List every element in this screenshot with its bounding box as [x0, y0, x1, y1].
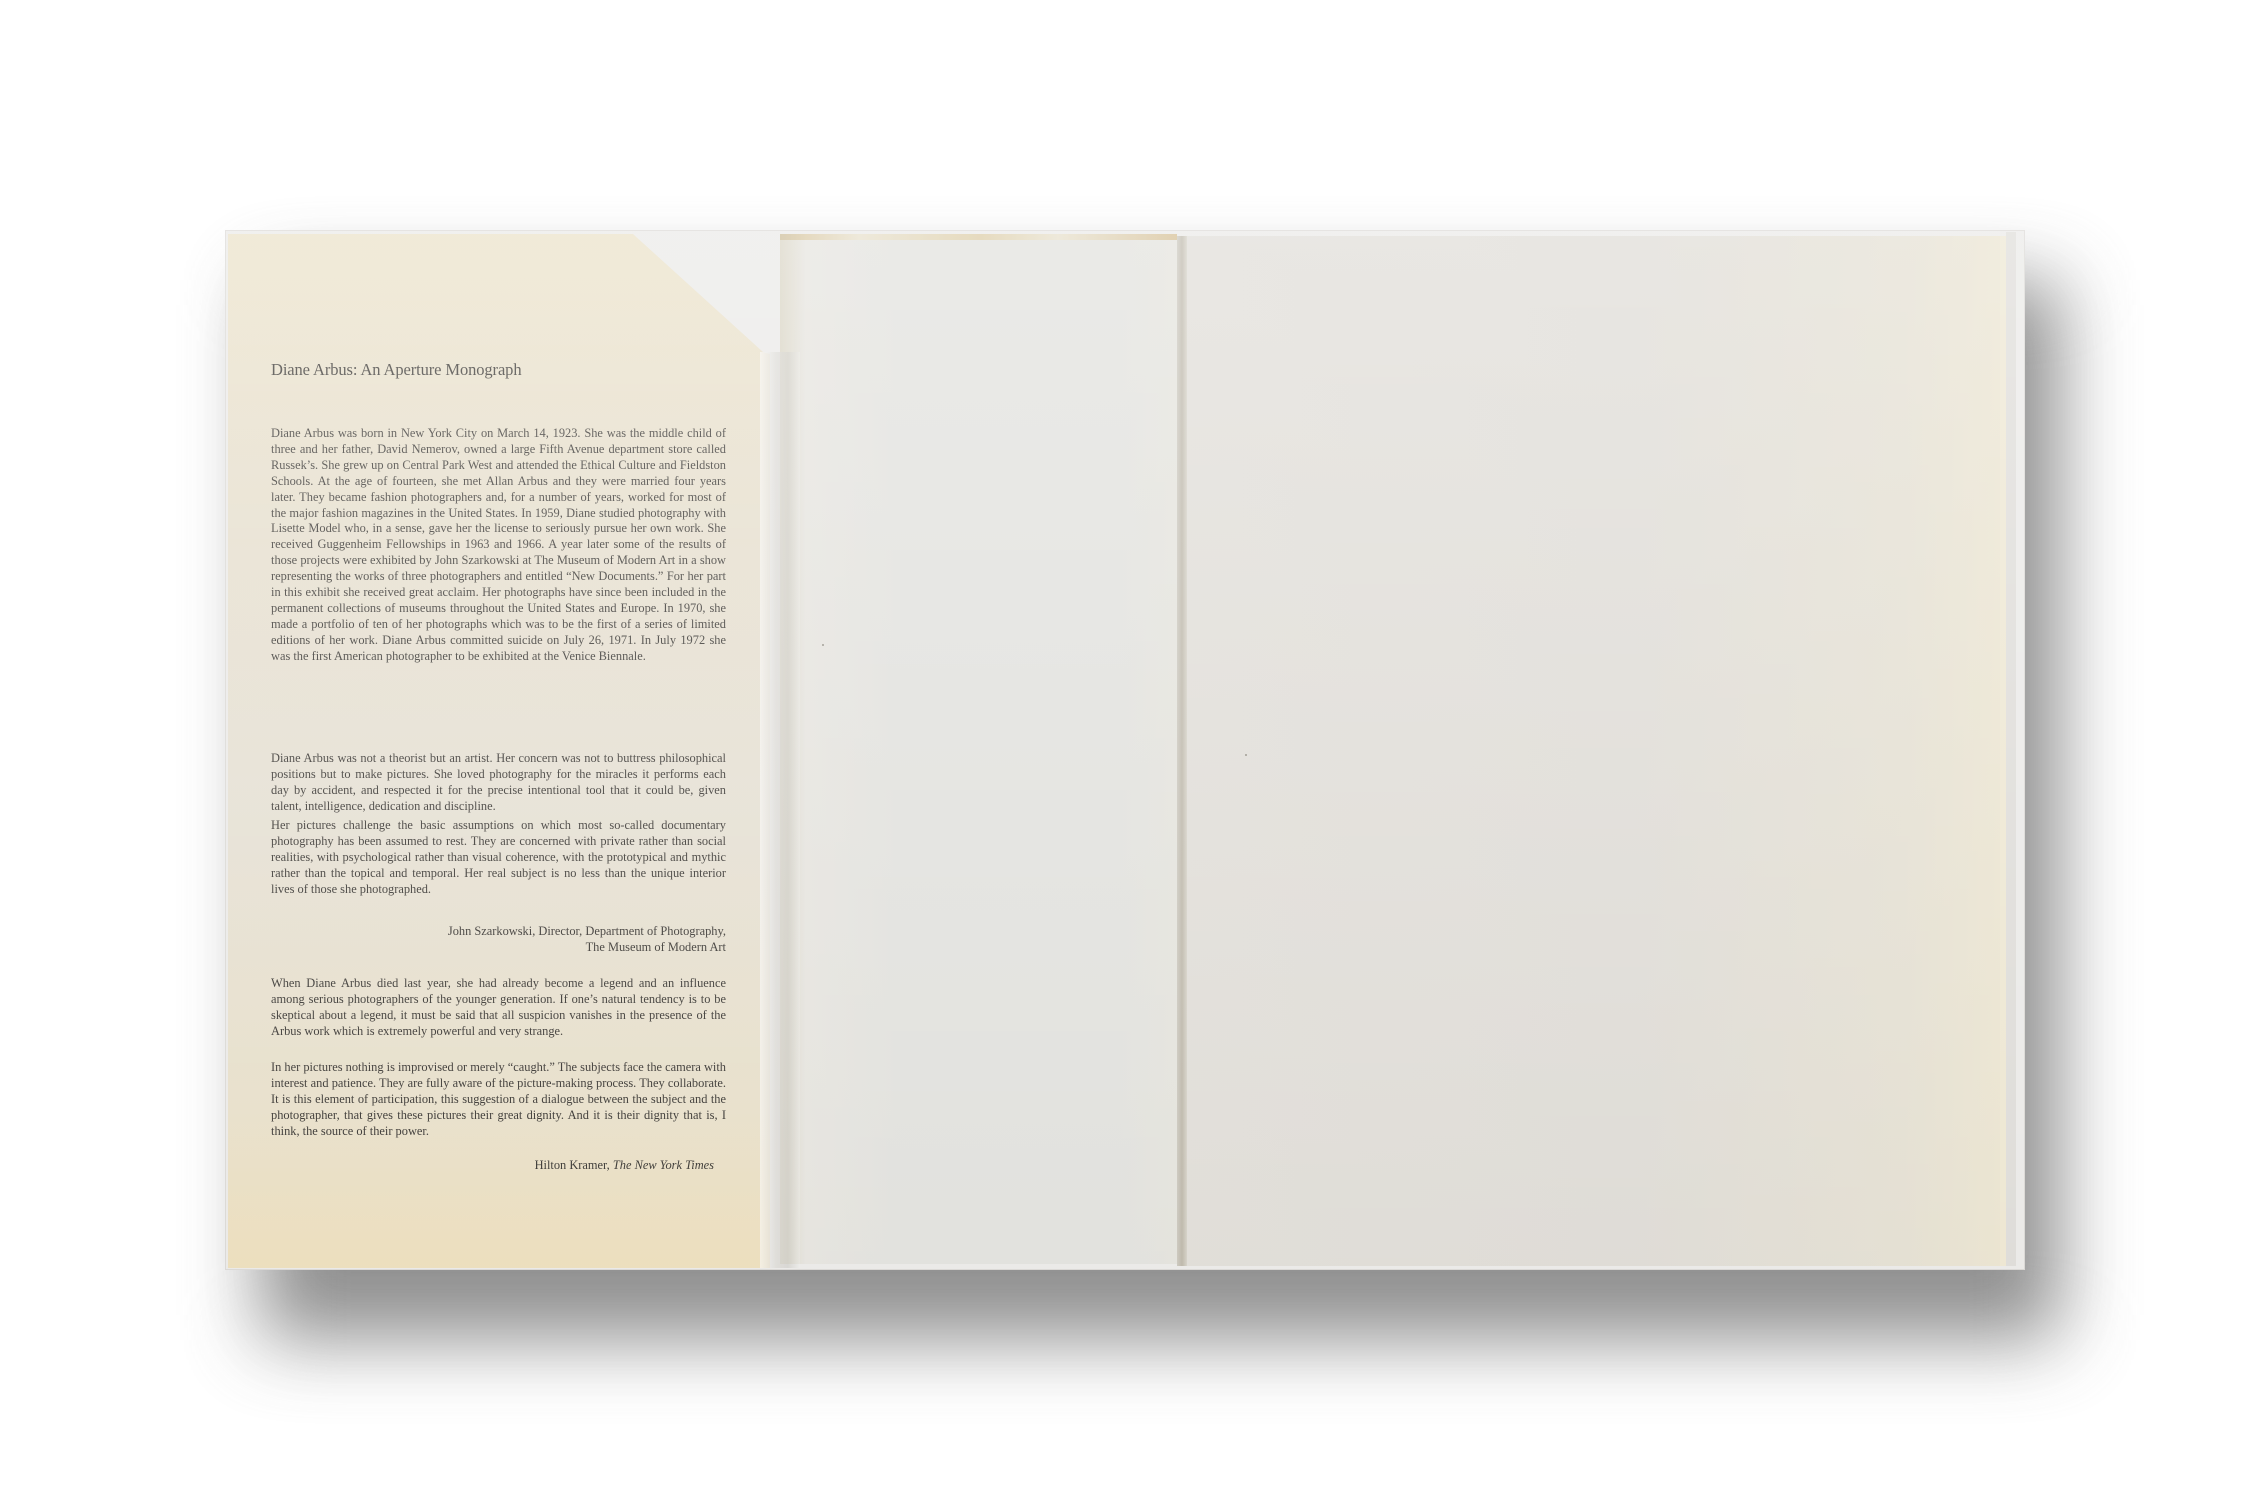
right-board-edge — [2006, 232, 2016, 1266]
kramer-quote-paragraph-2: In her pictures nothing is improvised or… — [271, 1060, 726, 1140]
kramer-attribution-source: The New York Times — [613, 1158, 714, 1172]
mylar-cover-edge — [760, 352, 800, 1268]
page-top-edge-wear — [780, 234, 1177, 240]
kramer-quote-paragraph-1: When Diane Arbus died last year, she had… — [271, 976, 726, 1040]
kramer-attribution-name: Hilton Kramer, — [535, 1158, 613, 1172]
author-biography: Diane Arbus was born in New York City on… — [271, 426, 726, 665]
book-gutter — [1177, 236, 1187, 1266]
page-speck — [1245, 754, 1247, 756]
flap-title: Diane Arbus: An Aperture Monograph — [271, 360, 521, 380]
szarkowski-attribution-line-2: The Museum of Modern Art — [586, 940, 726, 956]
right-blank-page — [1186, 236, 2006, 1266]
middle-blank-page — [780, 234, 1177, 1264]
szarkowski-quote-paragraph-1: Diane Arbus was not a theorist but an ar… — [271, 751, 726, 815]
szarkowski-attribution-line-1: John Szarkowski, Director, Department of… — [448, 924, 726, 940]
kramer-attribution: Hilton Kramer, The New York Times — [535, 1158, 714, 1174]
szarkowski-quote-paragraph-2: Her pictures challenge the basic assumpt… — [271, 818, 726, 898]
page-speck — [822, 644, 824, 646]
